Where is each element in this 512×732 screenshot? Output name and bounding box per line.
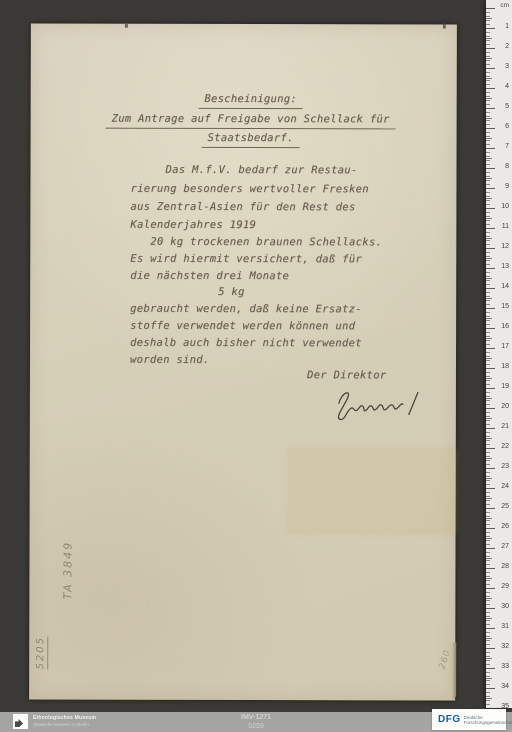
ruler-number: 22 [501, 442, 509, 452]
pin-mark [125, 23, 128, 28]
margin-annotation-lower: 5205 [35, 636, 48, 669]
footer-bar: Ethnologisches Museum Staatliche Museen … [0, 712, 512, 732]
ruler-number: 27 [501, 542, 509, 552]
dfg-full-name: Deutsche Forschungsgemeinschaft [464, 715, 512, 725]
pin-mark [443, 24, 446, 29]
signature-handwritten [325, 387, 423, 425]
ruler-number: 24 [501, 482, 509, 492]
museum-logo-icon [13, 714, 28, 729]
discoloration-patch [288, 448, 456, 534]
page-curl [447, 643, 456, 701]
ruler-number: 20 [501, 402, 509, 412]
doc-body-line: gebraucht werden, daß keine Ersatz- [130, 303, 362, 316]
museum-parent-name: Staatliche Museen zu Berlin [33, 722, 96, 728]
ruler-number: 8 [505, 162, 509, 172]
ruler-number: 25 [501, 502, 509, 512]
doc-body-line: deshalb auch bisher nicht verwendet [130, 337, 362, 350]
ruler-number: 3 [505, 62, 509, 72]
ruler-number: 17 [501, 342, 509, 352]
document-id: IMV-1271 [241, 713, 271, 722]
ruler-number: 19 [501, 382, 509, 392]
ruler-number: 1 [505, 22, 509, 32]
doc-body-line: 20 kg trockenen braunen Schellacks. [150, 236, 382, 249]
scan-page-number: 0259 [241, 722, 271, 731]
ruler-number: 26 [501, 522, 509, 532]
doc-body-line: Das M.f.V. bedarf zur Restau- [165, 164, 357, 177]
doc-body-line: worden sind. [130, 354, 209, 366]
doc-body-line: Kalenderjahres 1919 [130, 219, 256, 231]
doc-heading-text: Zum Antrage auf Freigabe von Schellack f… [106, 113, 396, 130]
ruler-number: 4 [505, 82, 509, 92]
ruler-number: 2 [505, 42, 509, 52]
dfg-acronym: DFG [438, 714, 461, 725]
ruler-number: 32 [501, 642, 509, 652]
doc-body-line: rierung besonders wertvoller Fresken [130, 183, 368, 196]
doc-body-line: Es wird hiermit versichert, daß für [130, 253, 362, 266]
doc-body-line: stoffe verwendet werden können und [130, 320, 355, 333]
dfg-logo: DFG Deutsche Forschungsgemeinschaft [432, 709, 506, 730]
doc-heading-line: Zum Antrage auf Freigabe von Schellack f… [81, 113, 421, 130]
ruler: cm 1234567891011121314151617181920212223… [486, 0, 512, 708]
doc-body-line: die nächsten drei Monate [130, 270, 289, 282]
doc-body-line: aus Zentral-Asien für den Rest des [130, 201, 355, 214]
ruler-number: 15 [501, 302, 509, 312]
ruler-number: 14 [501, 282, 509, 292]
ruler-number: 13 [501, 262, 509, 272]
museum-logo-text: Ethnologisches Museum Staatliche Museen … [33, 715, 96, 728]
ruler-number: 5 [505, 102, 509, 112]
document-page: Bescheinigung: Zum Antrage auf Freigabe … [29, 23, 457, 700]
ruler-number: 11 [502, 222, 509, 232]
doc-heading-line: Staatsbedarf. [81, 132, 421, 149]
ruler-number: 34 [501, 682, 509, 692]
ruler-number: 12 [501, 242, 509, 252]
doc-heading-text: Staatsbedarf. [202, 132, 300, 148]
doc-heading-text: Bescheinigung: [198, 93, 303, 109]
doc-closing-line: Der Direktor [307, 369, 386, 381]
ruler-number: 28 [501, 562, 509, 572]
ruler-unit-label: cm [500, 2, 509, 9]
doc-heading-line: Bescheinigung: [81, 93, 421, 110]
ruler-number: 29 [501, 582, 509, 592]
ruler-number: 30 [501, 602, 509, 612]
doc-body-line: 5 kg [218, 286, 245, 298]
ruler-number: 23 [501, 462, 509, 472]
ruler-number: 9 [505, 182, 509, 192]
margin-annotation-upper: TA 3849 [61, 541, 74, 600]
ruler-number: 31 [501, 622, 509, 632]
ruler-number: 7 [505, 142, 509, 152]
ruler-number: 21 [501, 422, 509, 432]
ruler-number: 10 [501, 202, 509, 212]
ruler-major-ticks [486, 8, 495, 708]
document-id-block: IMV-1271 0259 [241, 713, 271, 731]
ruler-number: 18 [501, 362, 509, 372]
ruler-number: 16 [501, 322, 509, 332]
ruler-number: 33 [501, 662, 509, 672]
museum-logo-mark [15, 719, 23, 727]
ruler-number: 6 [505, 122, 509, 132]
scan-viewer: Bescheinigung: Zum Antrage auf Freigabe … [0, 0, 512, 732]
museum-name: Ethnologisches Museum [33, 715, 96, 722]
museum-logo: Ethnologisches Museum Staatliche Museen … [13, 714, 96, 729]
dfg-name-line2: Forschungsgemeinschaft [464, 720, 512, 725]
